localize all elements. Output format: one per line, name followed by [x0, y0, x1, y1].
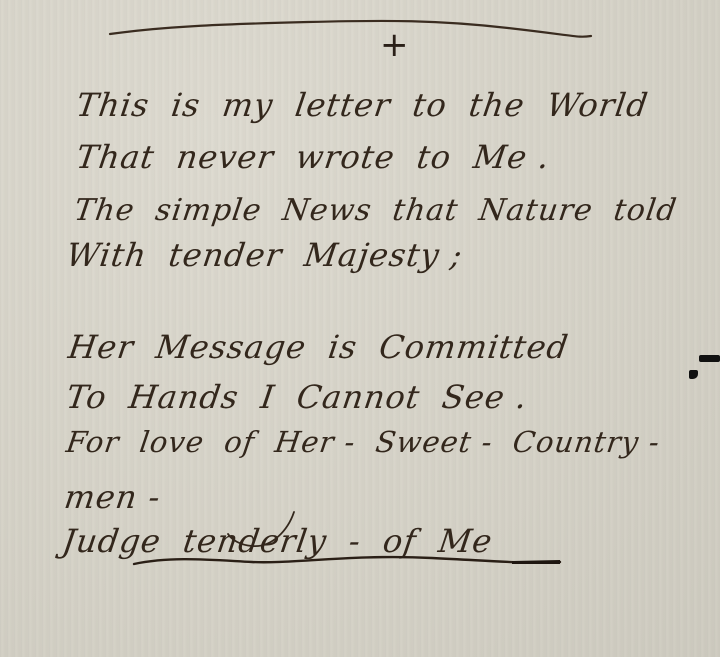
line-text: With tender Majesty ; [64, 236, 465, 274]
manuscript-page: + This is my letter to the World That ne… [0, 0, 720, 657]
ink-blot-mark [699, 355, 720, 362]
bottom-rule-stroke [132, 552, 564, 572]
top-rule-stroke [108, 14, 593, 44]
ink-blot-mark [689, 370, 698, 379]
descender-stroke [222, 510, 302, 555]
